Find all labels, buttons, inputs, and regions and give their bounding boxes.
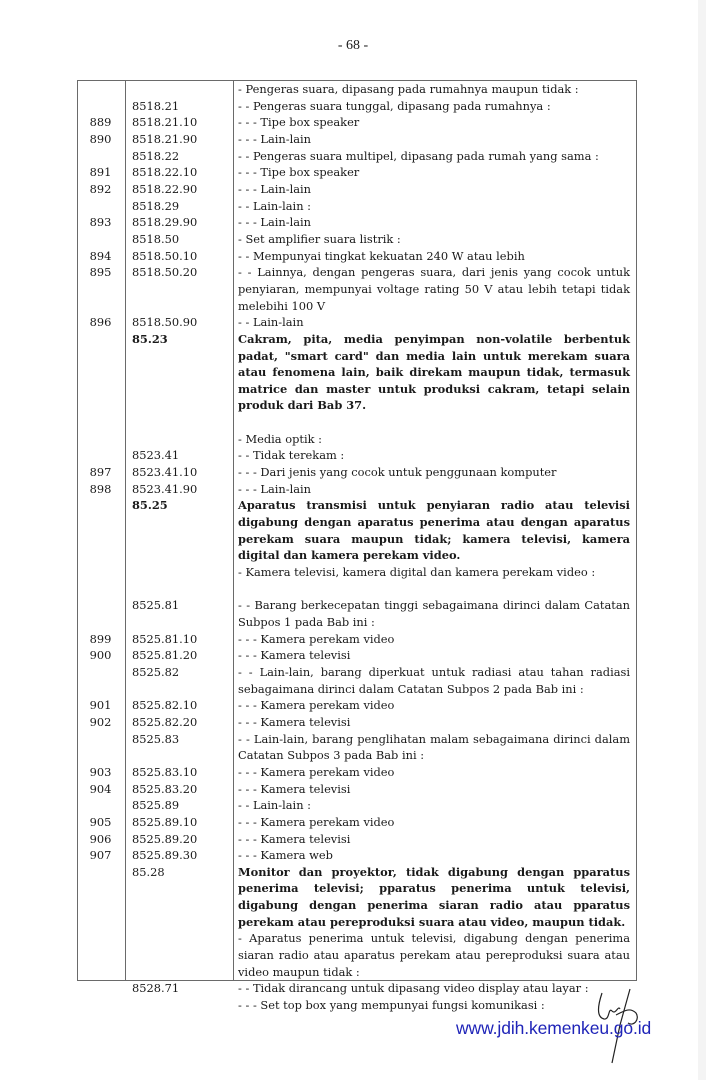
table-row: - Aparatus penerima untuk televisi, diga… [78, 930, 636, 980]
hs-code [125, 564, 233, 581]
goods-description: - - Lain-lain : [233, 198, 635, 215]
row-number: 903 [78, 764, 125, 781]
hs-code: 8518.21.10 [125, 114, 233, 131]
table-row: 8525.89- - Lain-lain : [78, 797, 636, 814]
table-row: 8948518.50.10- - Mempunyai tingkat kekua… [78, 248, 636, 265]
goods-description: Aparatus transmisi untuk penyiaran radio… [233, 497, 635, 564]
table-row: 8525.81- - Barang berkecepatan tinggi se… [78, 597, 636, 630]
hs-code: 85.23 [125, 331, 233, 414]
table-row: 8968518.50.90- - Lain-lain [78, 314, 636, 331]
table-row: 9068525.89.20- - - Kamera televisi [78, 831, 636, 848]
row-number: 907 [78, 847, 125, 864]
goods-description: - Media optik : [233, 431, 635, 448]
row-number: 904 [78, 781, 125, 798]
row-number: 899 [78, 631, 125, 648]
goods-description: - - - Lain-lain [233, 214, 635, 231]
hs-code: 8525.89 [125, 797, 233, 814]
hs-code [125, 81, 233, 98]
goods-description: - - Tidak terekam : [233, 447, 635, 464]
row-number: 896 [78, 314, 125, 331]
hs-code [125, 930, 233, 980]
table-row: 8525.83- - Lain-lain, barang penglihatan… [78, 731, 636, 764]
row-number [78, 198, 125, 215]
row-spacer [78, 414, 636, 431]
row-number: 894 [78, 248, 125, 265]
table-row: 9048525.83.20- - - Kamera televisi [78, 781, 636, 798]
goods-description: - - Barang berkecepatan tinggi sebagaima… [233, 597, 635, 630]
hs-code: 8523.41 [125, 447, 233, 464]
goods-description: - - - Kamera televisi [233, 781, 635, 798]
hs-code: 8525.81 [125, 597, 233, 630]
hs-code: 8525.89.30 [125, 847, 233, 864]
goods-description: - - - Kamera televisi [233, 831, 635, 848]
row-number [78, 664, 125, 697]
hs-code: 8523.41.90 [125, 481, 233, 498]
row-number: 898 [78, 481, 125, 498]
table-row: 85.23Cakram, pita, media penyimpan non-v… [78, 331, 636, 414]
row-number [78, 731, 125, 764]
goods-description: - - - Dari jenis yang cocok untuk penggu… [233, 464, 635, 481]
table-row: 9008525.81.20- - - Kamera televisi [78, 647, 636, 664]
table-row: 8938518.29.90- - - Lain-lain [78, 214, 636, 231]
table-row: 85.25Aparatus transmisi untuk penyiaran … [78, 497, 636, 564]
table-row: 9058525.89.10- - - Kamera perekam video [78, 814, 636, 831]
hs-code: 8525.89.10 [125, 814, 233, 831]
hs-code: 8518.22.90 [125, 181, 233, 198]
hs-code: 85.28 [125, 864, 233, 931]
hs-code: 8523.41.10 [125, 464, 233, 481]
hs-code: 8525.81.10 [125, 631, 233, 648]
goods-description: - - - Tipe box speaker [233, 164, 635, 181]
hs-code: 8528.71 [125, 980, 233, 997]
row-number: 906 [78, 831, 125, 848]
hs-code: 8518.29.90 [125, 214, 233, 231]
goods-description: - - - Lain-lain [233, 181, 635, 198]
table-row: 8908518.21.90- - - Lain-lain [78, 131, 636, 148]
row-number: 890 [78, 131, 125, 148]
table-row: 8998525.81.10- - - Kamera perekam video [78, 631, 636, 648]
goods-description: - - - Lain-lain [233, 131, 635, 148]
row-number: 892 [78, 181, 125, 198]
table-row: 9018525.82.10- - - Kamera perekam video [78, 697, 636, 714]
goods-description: - - - Tipe box speaker [233, 114, 635, 131]
hs-code: 8525.82.20 [125, 714, 233, 731]
row-number [78, 431, 125, 448]
row-number [78, 997, 125, 1014]
row-number: 897 [78, 464, 125, 481]
goods-description: - Set amplifier suara listrik : [233, 231, 635, 248]
row-number: 902 [78, 714, 125, 731]
goods-description: - - - Kamera perekam video [233, 697, 635, 714]
goods-description: - - Lain-lain, barang penglihatan malam … [233, 731, 635, 764]
goods-description: Monitor dan proyektor, tidak digabung de… [233, 864, 635, 931]
hs-code: 8525.82 [125, 664, 233, 697]
hs-code: 8518.50.10 [125, 248, 233, 265]
hs-code: 8518.21.90 [125, 131, 233, 148]
goods-description: - - - Kamera web [233, 847, 635, 864]
row-number: 889 [78, 114, 125, 131]
goods-description: - - Tidak dirancang untuk dipasang video… [233, 980, 635, 997]
goods-description: - - Mempunyai tingkat kekuatan 240 W ata… [233, 248, 635, 265]
table-row: 8928518.22.90- - - Lain-lain [78, 181, 636, 198]
hs-code: 8518.21 [125, 98, 233, 115]
goods-description: - Kamera televisi, kamera digital dan ka… [233, 564, 635, 581]
table-row: 8898518.21.10- - - Tipe box speaker [78, 114, 636, 131]
row-number [78, 797, 125, 814]
row-number: 905 [78, 814, 125, 831]
table-row: - Kamera televisi, kamera digital dan ka… [78, 564, 636, 581]
row-number: 900 [78, 647, 125, 664]
row-number [78, 930, 125, 980]
row-number [78, 447, 125, 464]
row-number [78, 331, 125, 414]
table-row: - - - Set top box yang mempunyai fungsi … [78, 997, 636, 1014]
row-number: 891 [78, 164, 125, 181]
goods-description: - - Pengeras suara multipel, dipasang pa… [233, 148, 635, 165]
row-number [78, 231, 125, 248]
table-row: 9028525.82.20- - - Kamera televisi [78, 714, 636, 731]
goods-description: - - - Kamera televisi [233, 714, 635, 731]
row-number [78, 148, 125, 165]
table-row: 85.28Monitor dan proyektor, tidak digabu… [78, 864, 636, 931]
table-row: 8518.50- Set amplifier suara listrik : [78, 231, 636, 248]
goods-description: - - Lainnya, dengan pengeras suara, dari… [233, 264, 635, 314]
hs-code: 8525.82.10 [125, 697, 233, 714]
row-number: 895 [78, 264, 125, 314]
goods-description: - - Lain-lain : [233, 797, 635, 814]
goods-description: - - Lain-lain [233, 314, 635, 331]
hs-code: 8518.29 [125, 198, 233, 215]
goods-description: - Aparatus penerima untuk televisi, diga… [233, 930, 635, 980]
table-row: 8525.82- - Lain-lain, barang diperkuat u… [78, 664, 636, 697]
goods-description: - - - Kamera perekam video [233, 814, 635, 831]
row-number [78, 98, 125, 115]
table-row: 8988523.41.90- - - Lain-lain [78, 481, 636, 498]
table-row: 8528.71- - Tidak dirancang untuk dipasan… [78, 980, 636, 997]
hs-code: 8525.81.20 [125, 647, 233, 664]
row-number [78, 980, 125, 997]
row-number [78, 597, 125, 630]
hs-code: 8518.22 [125, 148, 233, 165]
page-edge-shadow [698, 0, 706, 1080]
goods-description: - - - Set top box yang mempunyai fungsi … [233, 997, 635, 1014]
table-row: 8958518.50.20- - Lainnya, dengan pengera… [78, 264, 636, 314]
row-number [78, 864, 125, 931]
hs-code: 8525.89.20 [125, 831, 233, 848]
hs-code: 85.25 [125, 497, 233, 564]
table-rows: - Pengeras suara, dipasang pada rumahnya… [78, 81, 636, 1014]
hs-code: 8518.50.90 [125, 314, 233, 331]
row-number [78, 497, 125, 564]
page-number: - 68 - [0, 38, 706, 54]
goods-description: - - - Kamera perekam video [233, 631, 635, 648]
table-row: - Pengeras suara, dipasang pada rumahnya… [78, 81, 636, 98]
goods-description: - - Lain-lain, barang diperkuat untuk ra… [233, 664, 635, 697]
hs-code: 8518.22.10 [125, 164, 233, 181]
table-row: 8518.21- - Pengeras suara tunggal, dipas… [78, 98, 636, 115]
table-row: 8523.41- - Tidak terekam : [78, 447, 636, 464]
table-row: 9038525.83.10- - - Kamera perekam video [78, 764, 636, 781]
hs-code: 8525.83 [125, 731, 233, 764]
row-spacer [78, 581, 636, 598]
tariff-table: - Pengeras suara, dipasang pada rumahnya… [77, 80, 637, 981]
hs-code [125, 431, 233, 448]
table-row: - Media optik : [78, 431, 636, 448]
row-number [78, 81, 125, 98]
row-number [78, 564, 125, 581]
hs-code: 8518.50.20 [125, 264, 233, 314]
goods-description: - - - Kamera televisi [233, 647, 635, 664]
goods-description: Cakram, pita, media penyimpan non-volati… [233, 331, 635, 414]
hs-code: 8518.50 [125, 231, 233, 248]
table-row: 8978523.41.10- - - Dari jenis yang cocok… [78, 464, 636, 481]
table-row: 8518.29- - Lain-lain : [78, 198, 636, 215]
table-row: 8518.22- - Pengeras suara multipel, dipa… [78, 148, 636, 165]
goods-description: - - - Lain-lain [233, 481, 635, 498]
row-number: 893 [78, 214, 125, 231]
hs-code [125, 997, 233, 1014]
table-row: 8918518.22.10- - - Tipe box speaker [78, 164, 636, 181]
hs-code: 8525.83.20 [125, 781, 233, 798]
goods-description: - Pengeras suara, dipasang pada rumahnya… [233, 81, 635, 98]
hs-code: 8525.83.10 [125, 764, 233, 781]
goods-description: - - Pengeras suara tunggal, dipasang pad… [233, 98, 635, 115]
jdih-website-link[interactable]: www.jdih.kemenkeu.go.id [456, 1018, 651, 1039]
goods-description: - - - Kamera perekam video [233, 764, 635, 781]
table-row: 9078525.89.30- - - Kamera web [78, 847, 636, 864]
row-number: 901 [78, 697, 125, 714]
